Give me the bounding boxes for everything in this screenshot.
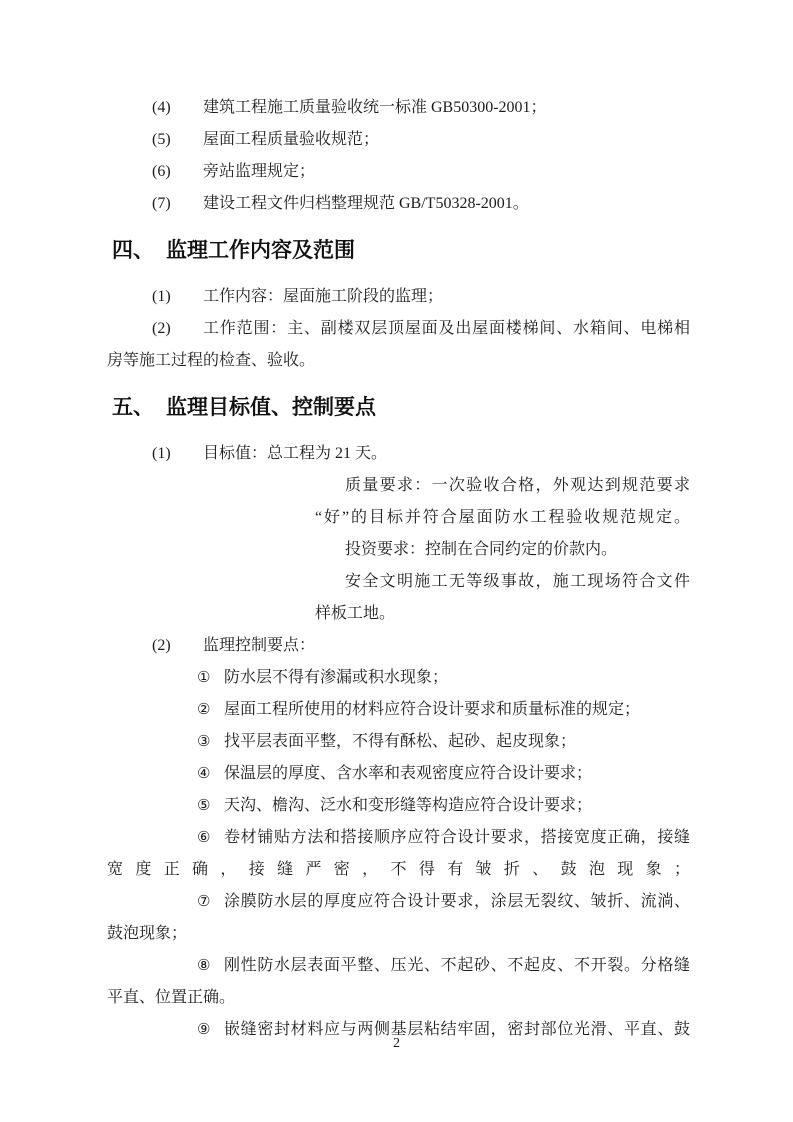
reference-item: (5)屋面工程质量验收规范； bbox=[107, 124, 690, 156]
investment-requirement-line: 投资要求：控制在合同约定的价款内。 bbox=[315, 534, 690, 566]
item-number: (1) bbox=[152, 281, 203, 313]
item-text: 监理控制要点： bbox=[203, 637, 315, 654]
target-goals-block: 质量要求：一次验收合格，外观达到规范要求 “好”的目标并符合屋面防水工程验收规范… bbox=[315, 470, 690, 630]
item-text: 屋面工程质量验收规范； bbox=[203, 131, 379, 148]
circled-number: ③ bbox=[197, 726, 224, 758]
safety-requirement-line: 安全文明施工无等级事故，施工现场符合文件 bbox=[315, 566, 690, 598]
heading-marker: 四、 bbox=[112, 239, 154, 262]
item-text: 目标值：总工程为 21 天。 bbox=[203, 445, 387, 462]
control-point-text: 防水层不得有渗漏或积水现象； bbox=[224, 669, 448, 686]
control-point-text: 找平层表面平整，不得有酥松、起砂、起皮现象； bbox=[224, 733, 576, 750]
heading-marker: 五、 bbox=[112, 396, 154, 419]
item-text: 建筑工程施工质量验收统一标准 GB50300-2001； bbox=[203, 99, 547, 116]
item-number: (6) bbox=[152, 156, 203, 188]
document-page: (4)建筑工程施工质量验收统一标准 GB50300-2001； (5)屋面工程质… bbox=[0, 0, 793, 1122]
control-point-continuation: 平直、位置正确。 bbox=[107, 982, 690, 1014]
section-heading-scope: 四、监理工作内容及范围 bbox=[112, 230, 690, 271]
item-text: 工作内容：屋面施工阶段的监理； bbox=[203, 288, 443, 305]
scope-item-range: (2)工作范围：主、副楼双层顶屋面及出屋面楼梯间、水箱间、电梯相 bbox=[107, 313, 690, 345]
heading-title: 监理目标值、控制要点 bbox=[166, 396, 376, 419]
control-point: ③找平层表面平整，不得有酥松、起砂、起皮现象； bbox=[107, 726, 690, 758]
control-point: ⑥卷材铺贴方法和搭接顺序应符合设计要求，搭接宽度正确，接缝 bbox=[107, 822, 690, 854]
control-point-text: 天沟、檐沟、泛水和变形缝等构造应符合设计要求； bbox=[224, 797, 592, 814]
item-text: 旁站监理规定； bbox=[203, 163, 315, 180]
reference-item: (4)建筑工程施工质量验收统一标准 GB50300-2001； bbox=[107, 92, 690, 124]
control-points-item: (2)监理控制要点： bbox=[107, 630, 690, 662]
item-number: (1) bbox=[152, 438, 203, 470]
control-point-text: 刚性防水层表面平整、压光、不起砂、不起皮、不开裂。分格缝 bbox=[224, 950, 690, 982]
scope-item-content: (1)工作内容：屋面施工阶段的监理； bbox=[107, 281, 690, 313]
target-value-item: (1)目标值：总工程为 21 天。 bbox=[107, 438, 690, 470]
control-point: ②屋面工程所使用的材料应符合设计要求和质量标准的规定； bbox=[107, 694, 690, 726]
item-number: (2) bbox=[152, 313, 203, 345]
control-point-text: 保温层的厚度、含水率和表观密度应符合设计要求； bbox=[224, 765, 592, 782]
control-point-continuation: 宽度正确，接缝严密，不得有皱折、鼓泡现象； bbox=[107, 854, 690, 886]
item-number: (2) bbox=[152, 630, 203, 662]
circled-number: ⑦ bbox=[197, 886, 224, 918]
circled-number: ① bbox=[197, 662, 224, 694]
circled-number: ② bbox=[197, 694, 224, 726]
page-number: 2 bbox=[0, 1034, 793, 1054]
control-point: ④保温层的厚度、含水率和表观密度应符合设计要求； bbox=[107, 758, 690, 790]
reference-item: (7)建设工程文件归档整理规范 GB/T50328-2001。 bbox=[107, 188, 690, 220]
item-number: (4) bbox=[152, 92, 203, 124]
circled-number: ④ bbox=[197, 758, 224, 790]
item-text: 建设工程文件归档整理规范 GB/T50328-2001。 bbox=[203, 195, 529, 212]
control-point-text: 涂膜防水层的厚度应符合设计要求，涂层无裂纹、皱折、流淌、 bbox=[224, 886, 690, 918]
item-text: 工作范围：主、副楼双层顶屋面及出屋面楼梯间、水箱间、电梯相 bbox=[203, 313, 690, 345]
safety-requirement-continuation: 样板工地。 bbox=[315, 598, 690, 630]
scope-item-range-continuation: 房等施工过程的检查、验收。 bbox=[107, 345, 690, 377]
control-point: ⑧刚性防水层表面平整、压光、不起砂、不起皮、不开裂。分格缝 bbox=[107, 950, 690, 982]
control-point: ⑦涂膜防水层的厚度应符合设计要求，涂层无裂纹、皱折、流淌、 bbox=[107, 886, 690, 918]
circled-number: ⑤ bbox=[197, 790, 224, 822]
heading-title: 监理工作内容及范围 bbox=[166, 239, 355, 262]
quality-requirement-line: 质量要求：一次验收合格，外观达到规范要求 bbox=[315, 470, 690, 502]
reference-item: (6)旁站监理规定； bbox=[107, 156, 690, 188]
page-content: (4)建筑工程施工质量验收统一标准 GB50300-2001； (5)屋面工程质… bbox=[107, 92, 690, 1046]
control-point-text: 卷材铺贴方法和搭接顺序应符合设计要求，搭接宽度正确，接缝 bbox=[224, 822, 690, 854]
item-number: (7) bbox=[152, 188, 203, 220]
control-point-continuation: 鼓泡现象； bbox=[107, 918, 690, 950]
control-point: ①防水层不得有渗漏或积水现象； bbox=[107, 662, 690, 694]
quality-requirement-continuation: “好”的目标并符合屋面防水工程验收规范规定。 bbox=[315, 502, 690, 534]
section-heading-targets: 五、监理目标值、控制要点 bbox=[112, 387, 690, 428]
control-point: ⑤天沟、檐沟、泛水和变形缝等构造应符合设计要求； bbox=[107, 790, 690, 822]
control-point-text: 屋面工程所使用的材料应符合设计要求和质量标准的规定； bbox=[224, 701, 640, 718]
item-number: (5) bbox=[152, 124, 203, 156]
circled-number: ⑥ bbox=[197, 822, 224, 854]
circled-number: ⑧ bbox=[197, 950, 224, 982]
